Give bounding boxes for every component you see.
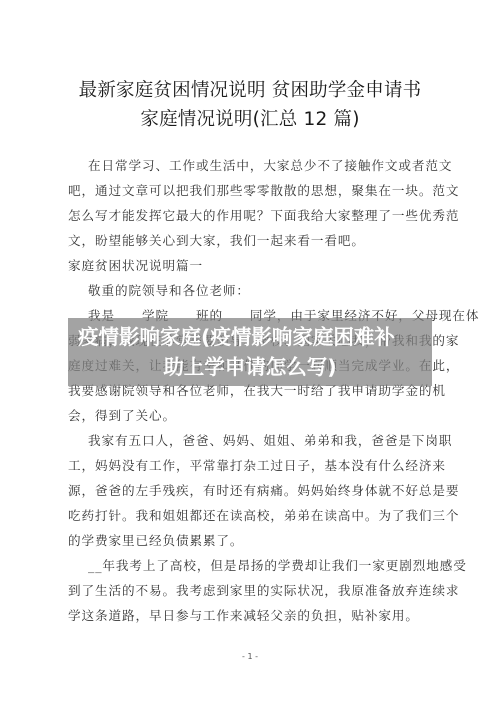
document-body: 在日常学习、工作或生活中，大家总少不了接触作文或者范文 吧，通过文章可以把我们那… — [68, 153, 428, 628]
body-line: 工，妈妈没有工作，平常靠打杂工过日子，基本没有什么经济来 — [68, 453, 428, 478]
document-title-line1: 最新家庭贫困情况说明 贫困助学金申请书 — [0, 76, 500, 102]
body-line: 吧，通过文章可以把我们那些零零散散的思想，聚集在一块。范文 — [68, 178, 428, 203]
watermark-title-line2: 助上学申请怎么写) — [68, 352, 432, 382]
body-line: 我家有五口人，爸爸、妈妈、姐姐、弟弟和我，爸爸是下岗职 — [68, 428, 428, 453]
body-line: 吃药打针。我和姐姐都还在读高校，弟弟在读高中。为了我们三个 — [68, 503, 428, 528]
page-number: - 1 - — [0, 652, 500, 661]
body-line: 到了生活的不易。我考虑到家里的实际状况，我原准备放弃连续求 — [68, 578, 428, 603]
body-line: 的学费家里已经负债累累了。 — [68, 528, 428, 553]
body-line: 会，得到了关心。 — [68, 403, 428, 428]
body-line: 怎么写才能发挥它最大的作用呢？下面我给大家整理了一些优秀范 — [68, 203, 428, 228]
body-line: 敬重的院领导和各位老师： — [68, 278, 428, 303]
watermark-title-line1: 疫情影响家庭(疫情影响家庭困难补 — [78, 322, 395, 352]
body-line: 源，爸爸的左手残疾，有时还有病痛。妈妈始终身体就不好总是要 — [68, 478, 428, 503]
body-line: 在日常学习、工作或生活中，大家总少不了接触作文或者范文 — [68, 153, 428, 178]
body-line: 学这条道路，早日参与工作来减轻父亲的负担，贴补家用。 — [68, 603, 428, 628]
body-line: 文，盼望能够关心到大家，我们一起来看一看吧。 — [68, 228, 428, 253]
watermark-banner: 疫情影响家庭(疫情影响家庭困难补 助上学申请怎么写) — [68, 318, 432, 386]
body-line: __年我考上了高校，但是昂扬的学费却让我们一家更剧烈地感受 — [68, 553, 428, 578]
document-page: 最新家庭贫困情况说明 贫困助学金申请书 家庭情况说明(汇总 12 篇) 在日常学… — [0, 0, 500, 706]
document-title-line2: 家庭情况说明(汇总 12 篇) — [0, 105, 500, 131]
section-heading: 家庭贫困状况说明篇一 — [68, 253, 428, 278]
